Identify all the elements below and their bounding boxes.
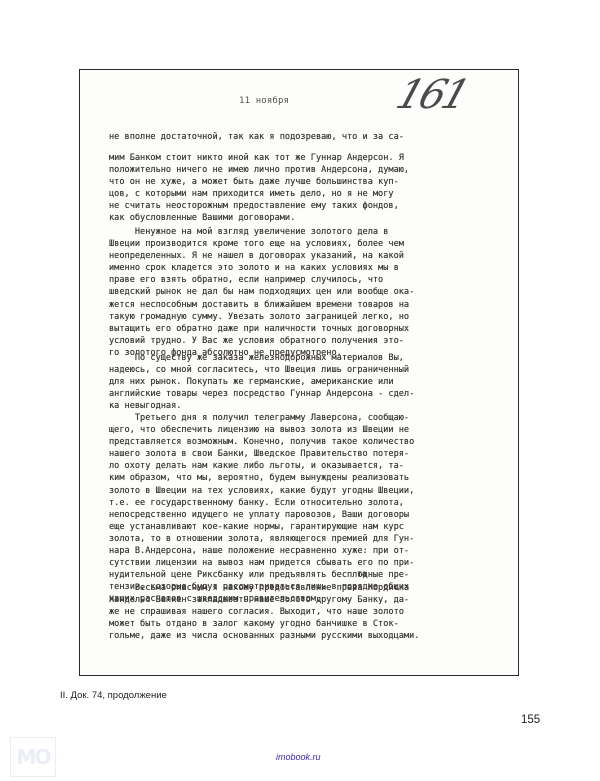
typed-line: Третьего дня я получил телеграмму Лаверс… bbox=[109, 412, 414, 424]
typed-paragraph: Третьего дня я получил телеграмму Лаверс… bbox=[109, 412, 414, 606]
typed-line: такую громадную сумму. Увезать золото за… bbox=[109, 311, 414, 323]
typed-line: нашего золота в свои Банки, Шведское Пра… bbox=[109, 448, 414, 460]
typed-line: как обусловленные Вашими договорами. bbox=[109, 212, 409, 224]
handwritten-insertion-mark: та bbox=[357, 569, 367, 578]
typed-paragraph: мим Банком стоит никто иной как тот же Г… bbox=[109, 152, 409, 225]
figure-caption: II. Док. 74, продолжение bbox=[60, 690, 167, 701]
typed-paragraph: Ненужное на мой взгляд увеличение золото… bbox=[109, 226, 414, 359]
typed-line: щего, что обеспечить лицензию на вывоз з… bbox=[109, 424, 414, 436]
document-date-heading: 11 ноября bbox=[239, 96, 289, 106]
typed-line: гольме, даже из числа основанных разными… bbox=[109, 630, 419, 642]
typed-line: По существу же заказа железнодорожных ма… bbox=[109, 352, 414, 364]
typed-line: цов, с которыми нам приходится иметь дел… bbox=[109, 188, 409, 200]
typed-line: неопределенных. Я не нашел в договорах у… bbox=[109, 250, 414, 262]
typed-line: Ненужное на мой взгляд увеличение золото… bbox=[109, 226, 414, 238]
typed-line: шведский рынок не дал бы нам подходящих … bbox=[109, 286, 414, 298]
typed-line: мим Банком стоит никто иной как тот же Г… bbox=[109, 152, 409, 164]
typed-paragraph: Весьма опасным я нахожу предоставление п… bbox=[109, 582, 419, 642]
typed-line: что он не хуже, а может быть даже лучше … bbox=[109, 176, 409, 188]
typed-line: Хандельс Банкен закладывать наше золото … bbox=[109, 594, 419, 606]
typed-line: Швеции производится кроме того еще на ус… bbox=[109, 238, 414, 250]
typed-line: не считать неосторожным предоставление е… bbox=[109, 200, 409, 212]
typed-line: вытащить его обратно даже при наличности… bbox=[109, 323, 414, 335]
typed-line: т.е. ее государственному банку. Если отн… bbox=[109, 497, 414, 509]
typed-line: золото в Швеции на тех условиях, какие б… bbox=[109, 485, 414, 497]
typed-line: ким образом, что мы, вероятно, будем вын… bbox=[109, 472, 414, 484]
typed-line: английские товары через посредство Гунна… bbox=[109, 388, 414, 400]
typed-line: не вполне достаточной, так как я подозре… bbox=[109, 131, 404, 143]
typed-line: жется неспособным доставить в ближайшем … bbox=[109, 299, 414, 311]
typed-line: условий трудно. У Вас же условия обратно… bbox=[109, 335, 414, 347]
typed-line: Весьма опасным я нахожу предоставление п… bbox=[109, 582, 419, 594]
typed-line: нудительной цене Риксбанку или предъявля… bbox=[109, 569, 414, 581]
typed-line: золота, то в отношении золота, являющего… bbox=[109, 533, 414, 545]
typed-line: непосредственно идущего не уплату парово… bbox=[109, 509, 414, 521]
site-link[interactable]: imobook.ru bbox=[276, 752, 321, 762]
typed-line: ло охоту делать нам какие либо льготы, и… bbox=[109, 460, 414, 472]
typed-line: может быть отдано в залог какому угодно … bbox=[109, 618, 419, 630]
typed-line: надеюсь, со мной согласитесь, что Швеция… bbox=[109, 364, 414, 376]
typed-line: ка невыгодная. bbox=[109, 400, 414, 412]
typed-line: же не спрашивая нашего согласия. Выходит… bbox=[109, 606, 419, 618]
typed-line: сутствии лицензии на вывоз нам придется … bbox=[109, 557, 414, 569]
publisher-logo-icon: МО bbox=[10, 737, 56, 777]
typed-line: для них рынок. Покупать же германские, а… bbox=[109, 376, 414, 388]
typed-paragraph: По существу же заказа железнодорожных ма… bbox=[109, 352, 414, 412]
page-number: 155 bbox=[521, 714, 540, 726]
typed-line: представляется возможным. Конечно, получ… bbox=[109, 436, 414, 448]
typed-line: еще устанавливают кое-какие нормы, гаран… bbox=[109, 521, 414, 533]
typed-line: положительно ничего не имею лично против… bbox=[109, 164, 409, 176]
typed-paragraph: не вполне достаточной, так как я подозре… bbox=[109, 131, 404, 143]
typed-line: нара В.Андерсона, наше положение несравн… bbox=[109, 545, 414, 557]
typed-line: именно срок кладется это золото и на как… bbox=[109, 262, 414, 274]
typed-line: праве его взять обратно, если например с… bbox=[109, 274, 414, 286]
